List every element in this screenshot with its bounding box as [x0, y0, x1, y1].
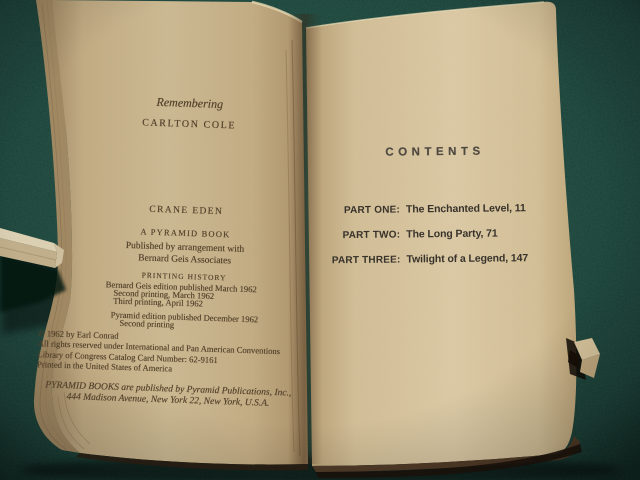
pyramid-printing-line-2: Second printing: [119, 318, 174, 330]
arrangement-note: Published by arrangement with Bernard Ge…: [47, 238, 324, 270]
printing-history-line-3: Third printing, April 1962: [113, 296, 203, 309]
toc-label: PART THREE:: [320, 255, 400, 267]
contents-heading: CONTENTS: [385, 146, 484, 159]
toc-title: Twilight of a Legend, 147: [406, 252, 528, 265]
left-page-text: Remembering CARLTON COLE CRANE EDEN A PY…: [41, 83, 328, 432]
publisher-block: PYRAMID BOOKS are published by Pyramid P…: [30, 380, 307, 411]
toc-label: PART TWO:: [320, 230, 400, 242]
toc-row-part-two: PART TWO: The Long Party, 71: [320, 228, 497, 242]
dedication-name: CARLTON COLE: [51, 114, 327, 134]
right-page-text: CONTENTS PART ONE: The Enchanted Level, …: [319, 139, 580, 282]
book-title: CRANE EDEN: [48, 201, 324, 220]
photo-of-open-book: Remembering CARLTON COLE CRANE EDEN A PY…: [0, 0, 640, 480]
toc-title: The Long Party, 71: [406, 228, 497, 241]
toc-row-part-three: PART THREE: Twilight of a Legend, 147: [320, 252, 528, 266]
toc-label: PART ONE:: [320, 205, 400, 217]
toc-title: The Enchanted Level, 11: [406, 202, 526, 215]
copyright-block: © 1962 by Earl Conrad All rights reserve…: [37, 328, 328, 379]
toc-row-part-one: PART ONE: The Enchanted Level, 11: [320, 202, 526, 216]
dedication-line: Remembering: [52, 91, 328, 115]
